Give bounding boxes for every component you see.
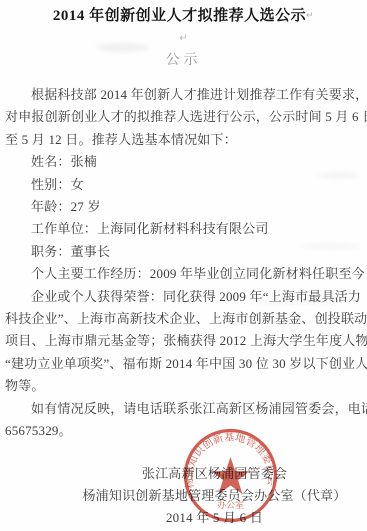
- body-line: 企业或个人获得荣誉：同化获得 2009 年“上海市最具活力: [5, 286, 362, 308]
- body-line: 个人主要工作经历：2009 年毕业创立同化新材料任职至今: [5, 263, 362, 285]
- scan-smudge: [318, 172, 360, 179]
- return-mark-icon: ↵: [179, 33, 187, 44]
- return-mark-icon: ↵: [306, 10, 314, 20]
- body-line: 姓名：张楠: [5, 151, 362, 173]
- scan-smudge: [250, 298, 340, 304]
- body-line: 性别：女: [5, 174, 362, 196]
- seal-bottom-text: 办公室: [217, 499, 244, 510]
- section-heading: 公示: [0, 50, 367, 72]
- empty-paragraph: ↵: [0, 27, 367, 50]
- scan-smudge: [300, 243, 360, 249]
- scan-smudge: [96, 43, 148, 52]
- official-seal-graphic: 杨浦知识创新基地管理委员会 办公室: [182, 427, 279, 524]
- body-line: 对申报创新创业人才的拟推荐人选进行公示，公示时间 5 月 6 日: [5, 106, 362, 128]
- body-text: 根据科技部 2014 年创新人才推进计划推荐工作有关要求， 对申报创新创业人才的…: [0, 84, 367, 443]
- document-page: 2014 年创新创业人才拟推荐人选公示↵ ↵ 公示 根据科技部 2014 年创新…: [0, 0, 367, 531]
- body-line: 如有情况反映，请电话联系张江高新区杨浦园管委会，电话：: [5, 398, 362, 420]
- body-line: 项目、上海市鼎元基金等；张楠获得 2012 上海大学生年度人物: [5, 330, 362, 352]
- document-title-text: 2014 年创新创业人才拟推荐人选公示: [53, 8, 306, 24]
- body-line: 年龄：27 岁: [5, 196, 362, 218]
- body-line: 至 5 月 12 日。推荐人选基本情况如下：: [5, 129, 362, 151]
- body-line: 科技企业”、上海市高新技术企业、上海市创新基金、创投联动: [5, 308, 362, 330]
- body-line: 工作单位：上海同化新材料科技有限公司: [5, 218, 362, 240]
- document-title: 2014 年创新创业人才拟推荐人选公示↵: [0, 0, 367, 27]
- official-seal: 杨浦知识创新基地管理委员会 办公室: [182, 427, 279, 524]
- body-line: 物等。: [5, 375, 362, 397]
- body-line: “建功立业单项奖”、福布斯 2014 年中国 30 位 30 岁以下创业人: [5, 353, 362, 375]
- body-line: 根据科技部 2014 年创新人才推进计划推荐工作有关要求，: [5, 84, 362, 106]
- seal-star-icon: [212, 457, 250, 494]
